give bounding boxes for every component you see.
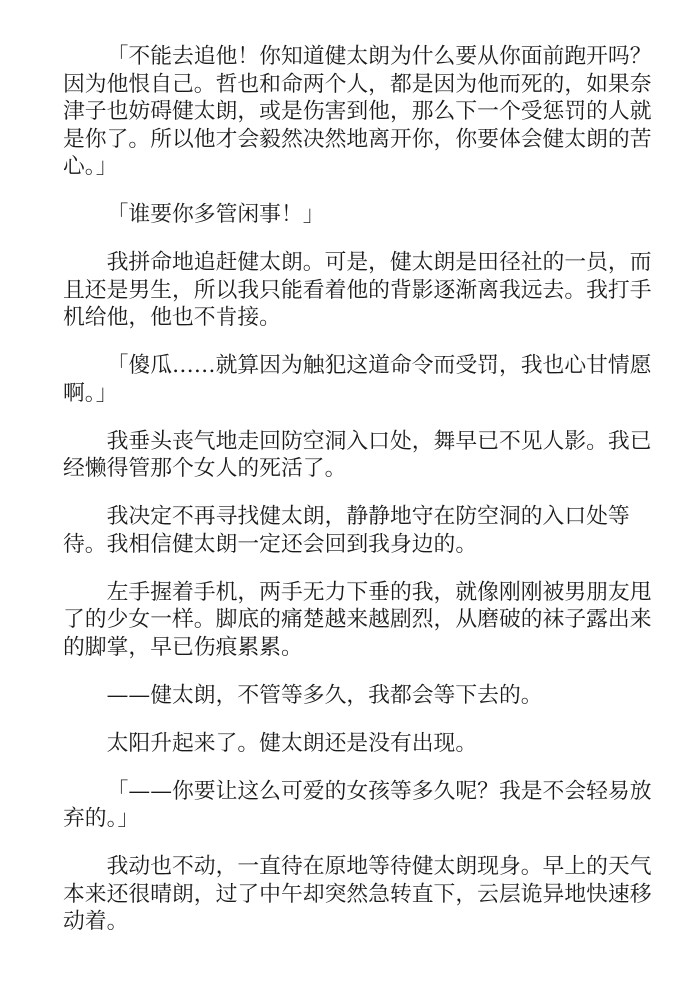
text-line: 了的少女一样。脚底的痛楚越来越剧烈，从磨破的袜子露出来 xyxy=(63,606,643,634)
text-line: 经懒得管那个女人的死活了。 xyxy=(63,455,643,483)
paragraph-2: 「谁要你多管闲事！」 xyxy=(63,201,643,229)
paragraph-1: 「不能去追他！你知道健太朗为什么要从你面前跑开吗？ 因为他恨自己。哲也和命两个人… xyxy=(63,43,643,181)
text-line: 我拼命地追赶健太朗。可是，健太朗是田径社的一员，而 xyxy=(63,249,643,277)
text-line: 本来还很晴朗，过了中午却突然急转直下，云层诡异地快速移 xyxy=(63,881,643,909)
text-line: 「谁要你多管闲事！」 xyxy=(63,201,643,229)
text-line: 我垂头丧气地走回防空洞入口处，舞早已不见人影。我已 xyxy=(63,428,643,456)
text-line: 左手握着手机，两手无力下垂的我，就像刚刚被男朋友甩 xyxy=(63,579,643,607)
paragraph-5: 我垂头丧气地走回防空洞入口处，舞早已不见人影。我已 经懒得管那个女人的死活了。 xyxy=(63,428,643,483)
text-line: 是你了。所以他才会毅然决然地离开你，你要体会健太朗的苦 xyxy=(63,126,643,154)
paragraph-11: 我动也不动，一直待在原地等待健太朗现身。早上的天气 本来还很晴朗，过了中午却突然… xyxy=(63,853,643,936)
paragraph-3: 我拼命地追赶健太朗。可是，健太朗是田径社的一员，而 且还是男生，所以我只能看着他… xyxy=(63,249,643,332)
text-line: 啊。」 xyxy=(63,380,643,408)
paragraph-4: 「傻瓜……就算因为触犯这道命令而受罚，我也心甘情愿 啊。」 xyxy=(63,352,643,407)
text-line: 「不能去追他！你知道健太朗为什么要从你面前跑开吗？ xyxy=(63,43,643,71)
text-line: 「傻瓜……就算因为触犯这道命令而受罚，我也心甘情愿 xyxy=(63,352,643,380)
text-line: 且还是男生，所以我只能看着他的背影逐渐离我远去。我打手 xyxy=(63,277,643,305)
text-line: 太阳升起来了。健太朗还是没有出现。 xyxy=(63,730,643,758)
paragraph-6: 我决定不再寻找健太朗，静静地守在防空洞的入口处等 待。我相信健太朗一定还会回到我… xyxy=(63,503,643,558)
text-line: 待。我相信健太朗一定还会回到我身边的。 xyxy=(63,531,643,559)
text-line: 弃的。」 xyxy=(63,805,643,833)
paragraph-8: ——健太朗，不管等多久，我都会等下去的。 xyxy=(63,682,643,710)
text-line: 津子也妨碍健太朗，或是伤害到他，那么下一个受惩罚的人就 xyxy=(63,98,643,126)
text-line: 的脚掌，早已伤痕累累。 xyxy=(63,634,643,662)
text-line: 因为他恨自己。哲也和命两个人，都是因为他而死的，如果奈 xyxy=(63,71,643,99)
text-line: 「——你要让这么可爱的女孩等多久呢？我是不会轻易放 xyxy=(63,778,643,806)
text-line: 我决定不再寻找健太朗，静静地守在防空洞的入口处等 xyxy=(63,503,643,531)
text-line: 机给他，他也不肯接。 xyxy=(63,304,643,332)
text-line: 动着。 xyxy=(63,908,643,936)
document-page: 「不能去追他！你知道健太朗为什么要从你面前跑开吗？ 因为他恨自己。哲也和命两个人… xyxy=(63,43,643,956)
paragraph-10: 「——你要让这么可爱的女孩等多久呢？我是不会轻易放 弃的。」 xyxy=(63,778,643,833)
text-line: ——健太朗，不管等多久，我都会等下去的。 xyxy=(63,682,643,710)
text-line: 心。」 xyxy=(63,153,643,181)
paragraph-7: 左手握着手机，两手无力下垂的我，就像刚刚被男朋友甩 了的少女一样。脚底的痛楚越来… xyxy=(63,579,643,662)
paragraph-9: 太阳升起来了。健太朗还是没有出现。 xyxy=(63,730,643,758)
text-line: 我动也不动，一直待在原地等待健太朗现身。早上的天气 xyxy=(63,853,643,881)
